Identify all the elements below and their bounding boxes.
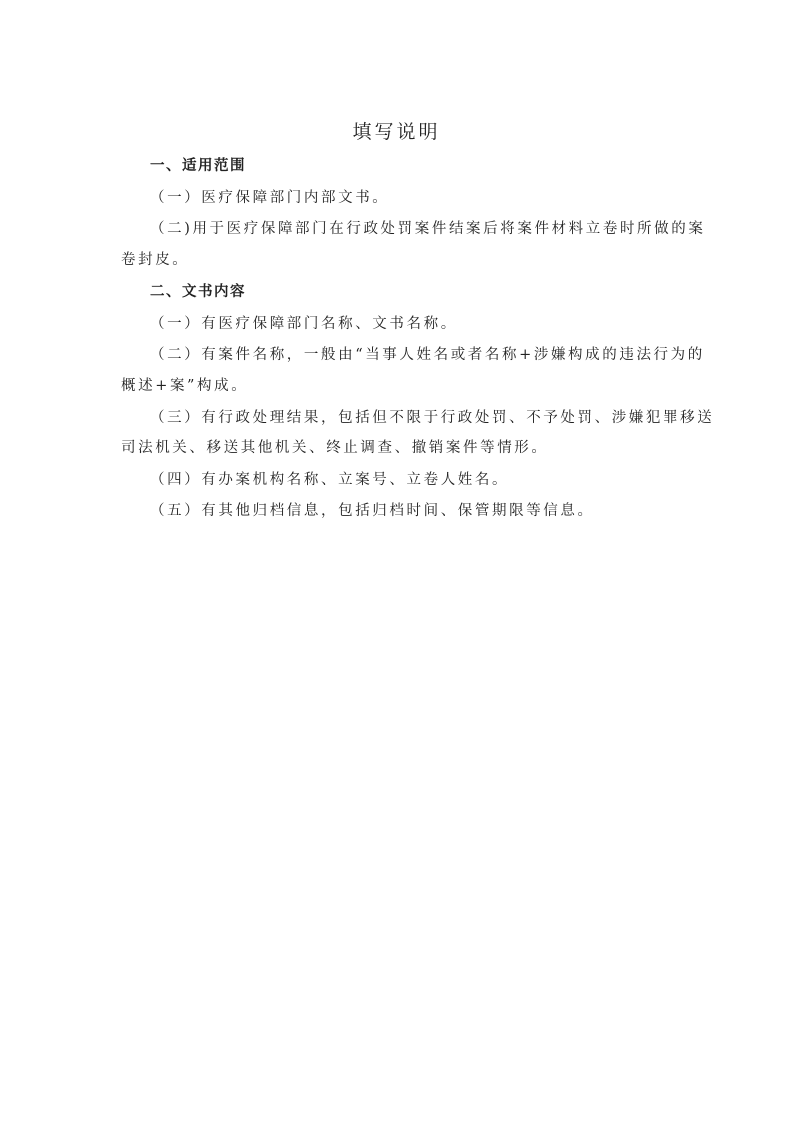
content-item-5: （五）有其他归档信息，包括归档时间、保管期限等信息。 [150,501,705,521]
content-item-4: （四）有办案机构名称、立案号、立卷人姓名。 [150,470,705,490]
section-heading-content: 二、文书内容 [150,282,705,302]
content-item-2-line-2: 概述+案”构成。 [121,376,676,396]
page-title: 填写说明 [0,117,793,144]
content-item-3-line-1: （三）有行政处理结果，包括但不限于行政处罚、不予处罚、涉嫌犯罪移送 [150,408,705,428]
scope-item-1: （一）医疗保障部门内部文书。 [150,188,705,208]
content-item-1: （一）有医疗保障部门名称、文书名称。 [150,314,705,334]
content-item-2-line-1: （二）有案件名称，一般由“当事人姓名或者名称+涉嫌构成的违法行为的 [150,345,705,365]
scope-item-2-line-2: 卷封皮。 [121,250,676,270]
scope-item-2-line-1: （二)用于医疗保障部门在行政处罚案件结案后将案件材料立卷时所做的案 [150,219,705,239]
section-heading-scope: 一、适用范围 [150,156,705,176]
document-page: 填写说明 一、适用范围 （一）医疗保障部门内部文书。 （二)用于医疗保障部门在行… [0,0,793,1122]
content-item-3-line-2: 司法机关、移送其他机关、终止调查、撤销案件等情形。 [121,438,676,458]
